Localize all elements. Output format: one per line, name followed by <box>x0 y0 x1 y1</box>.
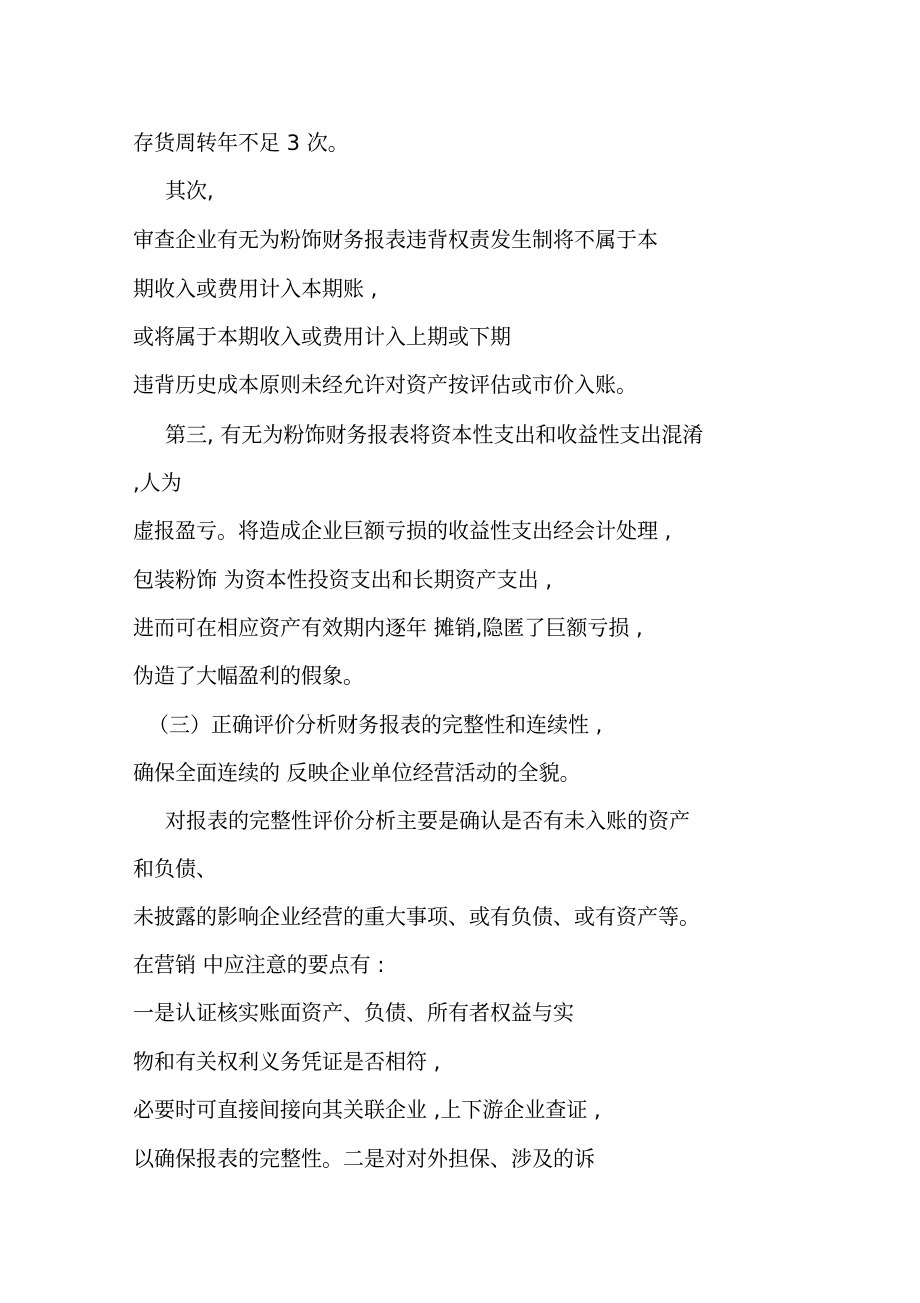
text-line: 对报表的完整性评价分析主要是确认是否有未入账的资产 <box>165 808 690 834</box>
text-line: ,人为 <box>133 470 182 496</box>
text-line: 和负债、 <box>133 856 217 882</box>
text-line: 一是认证核实账面资产、负债、所有者权益与实 <box>133 1000 574 1026</box>
text-line: 第三, 有无为粉饰财务报表将资本性支出和收益性支出混淆 <box>165 422 703 448</box>
text-line: 确保全面连续的 反映企业单位经营活动的全貌。 <box>133 760 581 786</box>
text-line: 期收入或费用计入本期账 , <box>133 276 377 302</box>
text-line: 未披露的影响企业经营的重大事项、或有负债、或有资产等。 <box>133 904 700 930</box>
document-page: 存货周转年不足 3 次。 其次, 审查企业有无为粉饰财务报表违背权责发生制将不属… <box>0 0 920 1303</box>
text-line: 存货周转年不足 3 次。 <box>133 130 349 156</box>
text-line: 违背历史成本原则未经允许对资产按评估或市价入账。 <box>133 372 637 398</box>
text-line: 包装粉饰 为资本性投资支出和长期资产支出 , <box>133 567 552 593</box>
text-line: （三）正确评价分析财务报表的完整性和连续性 , <box>148 712 602 738</box>
text-line: 虚报盈亏。将造成企业巨额亏损的收益性支出经会计处理 , <box>133 518 671 544</box>
text-line: 物和有关权利义务凭证是否相符 , <box>133 1049 440 1075</box>
text-line: 或将属于本期收入或费用计入上期或下期 <box>133 324 511 350</box>
text-line: 必要时可直接间接向其关联企业 ,上下游企业查证 , <box>133 1097 601 1123</box>
text-line: 审查企业有无为粉饰财务报表违背权责发生制将不属于本 <box>133 227 658 253</box>
text-line: 以确保报表的完整性。二是对对外担保、涉及的诉 <box>133 1146 595 1172</box>
text-line: 在营销 中应注意的要点有 : <box>133 952 384 978</box>
text-line: 进而可在相应资产有效期内逐年 摊销,隐匿了巨额亏损 , <box>133 615 643 641</box>
text-line: 伪造了大幅盈利的假象。 <box>133 663 364 689</box>
text-line: 其次, <box>165 178 214 204</box>
